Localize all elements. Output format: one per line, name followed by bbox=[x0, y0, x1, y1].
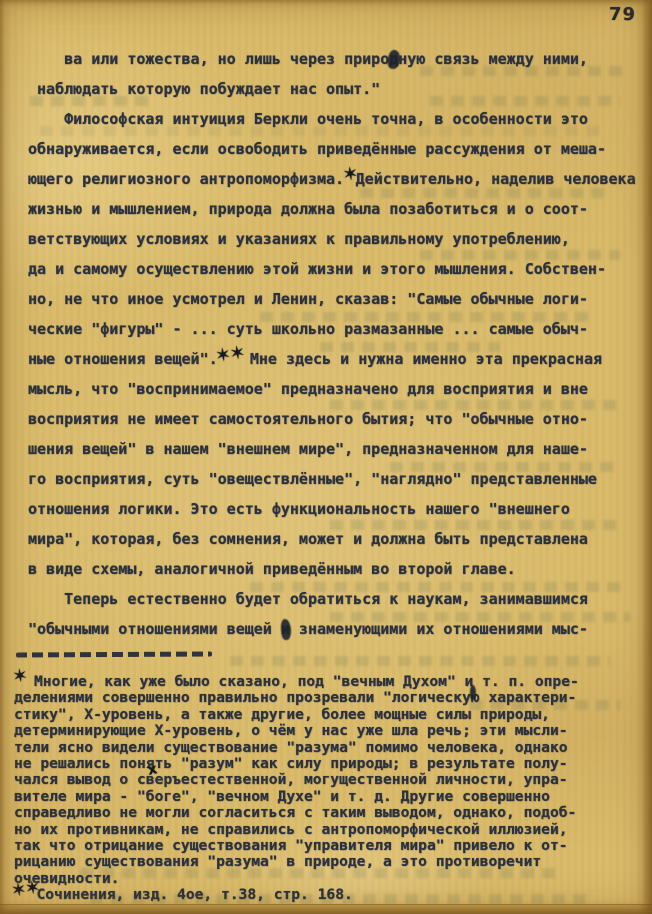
text-line: наблюдать которую побуждает нас опыт." bbox=[28, 74, 644, 104]
footnote-block: ✶ Многие, как уже было сказано, под "веч… bbox=[14, 674, 644, 904]
text-line: жизнью и мышлением, природа должна была … bbox=[28, 194, 644, 224]
page-bottom-edge bbox=[0, 904, 652, 914]
text-line: тели ясно видели существование "разума" … bbox=[14, 740, 644, 756]
text-line: ва или тожества, но лишь через природную… bbox=[28, 44, 644, 74]
text-line: го восприятия, суть "овеществлённые", "н… bbox=[28, 464, 644, 494]
text-line: "обычными отношениями вещей и знаменующи… bbox=[28, 614, 644, 644]
text-line: да и самому осуществлению этой жизни и э… bbox=[28, 254, 644, 284]
text-line: Теперь естественно будет обратиться к на… bbox=[28, 584, 644, 614]
text-line: вителе мира - "боге", "вечном Духе" и т.… bbox=[14, 789, 644, 805]
text-line: так что отрицание существования "управит… bbox=[14, 838, 644, 854]
text-line: но их противникам, не справились с антро… bbox=[14, 822, 644, 838]
text-line: не решались понять "разум" как силу прир… bbox=[14, 756, 644, 772]
text-line: отношения логики. Это есть функционально… bbox=[28, 494, 644, 524]
text-line: мысль, что "воспринимаемое" предназначен… bbox=[28, 374, 644, 404]
text-line: справедливо не могли согласиться с таким… bbox=[14, 805, 644, 821]
footnote-separator bbox=[16, 651, 212, 657]
text-line: Философская интуиция Беркли очень точна,… bbox=[28, 104, 644, 134]
ink-blot bbox=[470, 685, 476, 700]
text-line: обнаруживается, если освободить приведён… bbox=[28, 134, 644, 164]
text-line: ные отношения вещей".✶✶ Мне здесь и нужн… bbox=[28, 344, 644, 374]
bleedthrough-smudge bbox=[230, 656, 610, 666]
text-line: делениями совершенно правильно прозревал… bbox=[14, 690, 644, 706]
pen-asterisk: ✶ bbox=[11, 666, 28, 688]
text-line: ческие "фигуры" - ... суть школьно разма… bbox=[28, 314, 644, 344]
text-line: ✶ Многие, как уже было сказано, под "веч… bbox=[14, 674, 644, 690]
text-line: шения вещей" в нашем "внешнем мире", пре… bbox=[28, 434, 644, 464]
pen-asterisk: ✶✶ bbox=[212, 333, 246, 374]
text-line: рицанию существования "разума" в природе… bbox=[14, 854, 644, 870]
text-line: детерминирующие Х-уровень, о чём у нас у… bbox=[14, 723, 644, 739]
main-text-block: ва или тожества, но лишь через природную… bbox=[28, 44, 644, 644]
text-line: очевидности. bbox=[14, 871, 644, 887]
text-line: стику", Х-уровень, а также другие, более… bbox=[14, 707, 644, 723]
text-line: восприятия не имеет самостоятельного быт… bbox=[28, 404, 644, 434]
text-line: ветствующих условиях и указаниях к прави… bbox=[28, 224, 644, 254]
text-line: ✶✶Сочинения, изд. 4ое, т.38, стр. 168. bbox=[14, 887, 644, 903]
text-line: ющего религиозного антропоморфизма.✶Дейс… bbox=[28, 164, 644, 194]
text-line: в виде схемы, аналогичной приведённым во… bbox=[28, 554, 644, 584]
text-line: чался вывод о сверъестественной, могущес… bbox=[14, 772, 644, 788]
pen-asterisk: ✶✶ bbox=[10, 878, 41, 902]
page-number: 79 bbox=[609, 4, 636, 25]
text-line: но, не что иное усмотрел и Ленин, сказав… bbox=[28, 284, 644, 314]
text-line: мира", которая, без сомнения, может и до… bbox=[28, 524, 644, 554]
